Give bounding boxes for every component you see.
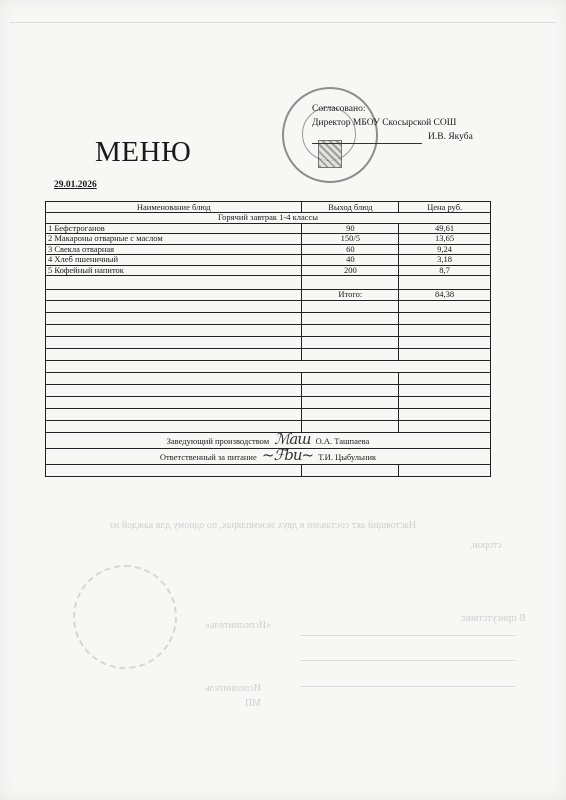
table-row: 4 Хлеб пшеничный 40 3,18: [46, 255, 491, 266]
total-value: 84,38: [399, 290, 491, 301]
empty-row: [46, 324, 491, 336]
table-row: 2 Макароны отварные с маслом 150/5 13,65: [46, 234, 491, 245]
section-row: Горячий завтрак 1-4 классы: [46, 213, 491, 224]
bleed-through-line: [300, 686, 515, 687]
bleed-through-line: [300, 635, 515, 636]
bleed-through-line: [300, 660, 515, 661]
production-name: О.А. Ташпаева: [316, 436, 370, 446]
dish-price: 9,24: [399, 244, 491, 255]
dish-price: 13,65: [399, 234, 491, 245]
nutrition-name: Т.И. Цыбульник: [318, 452, 376, 462]
dish-price: 3,18: [399, 255, 491, 266]
bleed-through-stamp: [73, 565, 177, 669]
approval-block: Согласовано: Директор МБОУ Скосырской СО…: [312, 102, 473, 144]
empty-row: [46, 408, 491, 420]
dish-name: 4 Хлеб пшеничный: [46, 255, 302, 266]
empty-row: [46, 372, 491, 384]
empty-row: [46, 312, 491, 324]
approval-position: Директор МБОУ Скосырской СОШ: [312, 116, 473, 130]
empty-row: [46, 420, 491, 432]
production-role: Заведующий производством: [167, 436, 270, 446]
bleed-through-text: Настоящий акт составлен в двух экземпляр…: [110, 520, 416, 531]
signature-mark: ℳaш: [274, 430, 310, 448]
total-label: Итого:: [302, 290, 399, 301]
dish-name: 1 Бефстроганов: [46, 223, 302, 234]
dish-yield: 40: [302, 255, 399, 266]
signature-mark: ~ℱbu~: [262, 446, 313, 464]
dish-name: 2 Макароны отварные с маслом: [46, 234, 302, 245]
dish-price: 8,7: [399, 265, 491, 276]
empty-row: [46, 336, 491, 348]
empty-row: [46, 384, 491, 396]
dish-yield: 200: [302, 265, 399, 276]
emblem-icon: [318, 140, 342, 168]
signature-row-nutrition: Ответственный за питание ~ℱbu~ Т.И. Цыбу…: [46, 448, 491, 464]
total-row: Итого: 84,38: [46, 290, 491, 301]
header-yield: Выход блюд: [302, 202, 399, 213]
dish-name: 5 Кофейный напиток: [46, 265, 302, 276]
dish-price: 49,61: [399, 223, 491, 234]
bleed-through-text: МП: [245, 698, 261, 709]
approval-signer: И.В. Якуба: [428, 132, 473, 142]
dish-yield: 150/5: [302, 234, 399, 245]
approval-heading: Согласовано:: [312, 102, 473, 116]
nutrition-role: Ответственный за питание: [160, 452, 257, 462]
bleed-through-text: Исполнитель: [205, 683, 261, 694]
empty-row: [46, 396, 491, 408]
bleed-through-text: сторон.: [470, 540, 502, 551]
section-title: Горячий завтрак 1-4 классы: [46, 213, 491, 224]
menu-date: 29.01.2026: [54, 180, 97, 190]
bleed-through-text: «Исполнитель»: [205, 620, 271, 631]
table-row: 1 Бефстроганов 90 49,61: [46, 223, 491, 234]
table-row: 5 Кофейный напиток 200 8,7: [46, 265, 491, 276]
signature-line: [312, 143, 422, 144]
dish-yield: 60: [302, 244, 399, 255]
header-price: Цена руб.: [399, 202, 491, 213]
empty-row: [46, 300, 491, 312]
empty-merged-row: [46, 360, 491, 372]
dish-yield: 90: [302, 223, 399, 234]
empty-row: [46, 464, 491, 476]
dish-name: 3 Свекла отварная: [46, 244, 302, 255]
bleed-through-line: [10, 22, 556, 23]
page-title: МЕНЮ: [95, 136, 191, 169]
table-header-row: Наименование блюд Выход блюд Цена руб.: [46, 202, 491, 213]
empty-row: [46, 276, 491, 290]
menu-table: Наименование блюд Выход блюд Цена руб. Г…: [45, 201, 491, 477]
empty-row: [46, 348, 491, 360]
table-row: 3 Свекла отварная 60 9,24: [46, 244, 491, 255]
header-dish-name: Наименование блюд: [46, 202, 302, 213]
bleed-through-text: В присутствии:: [460, 613, 526, 624]
approval-signature-row: И.В. Якуба: [312, 130, 473, 144]
